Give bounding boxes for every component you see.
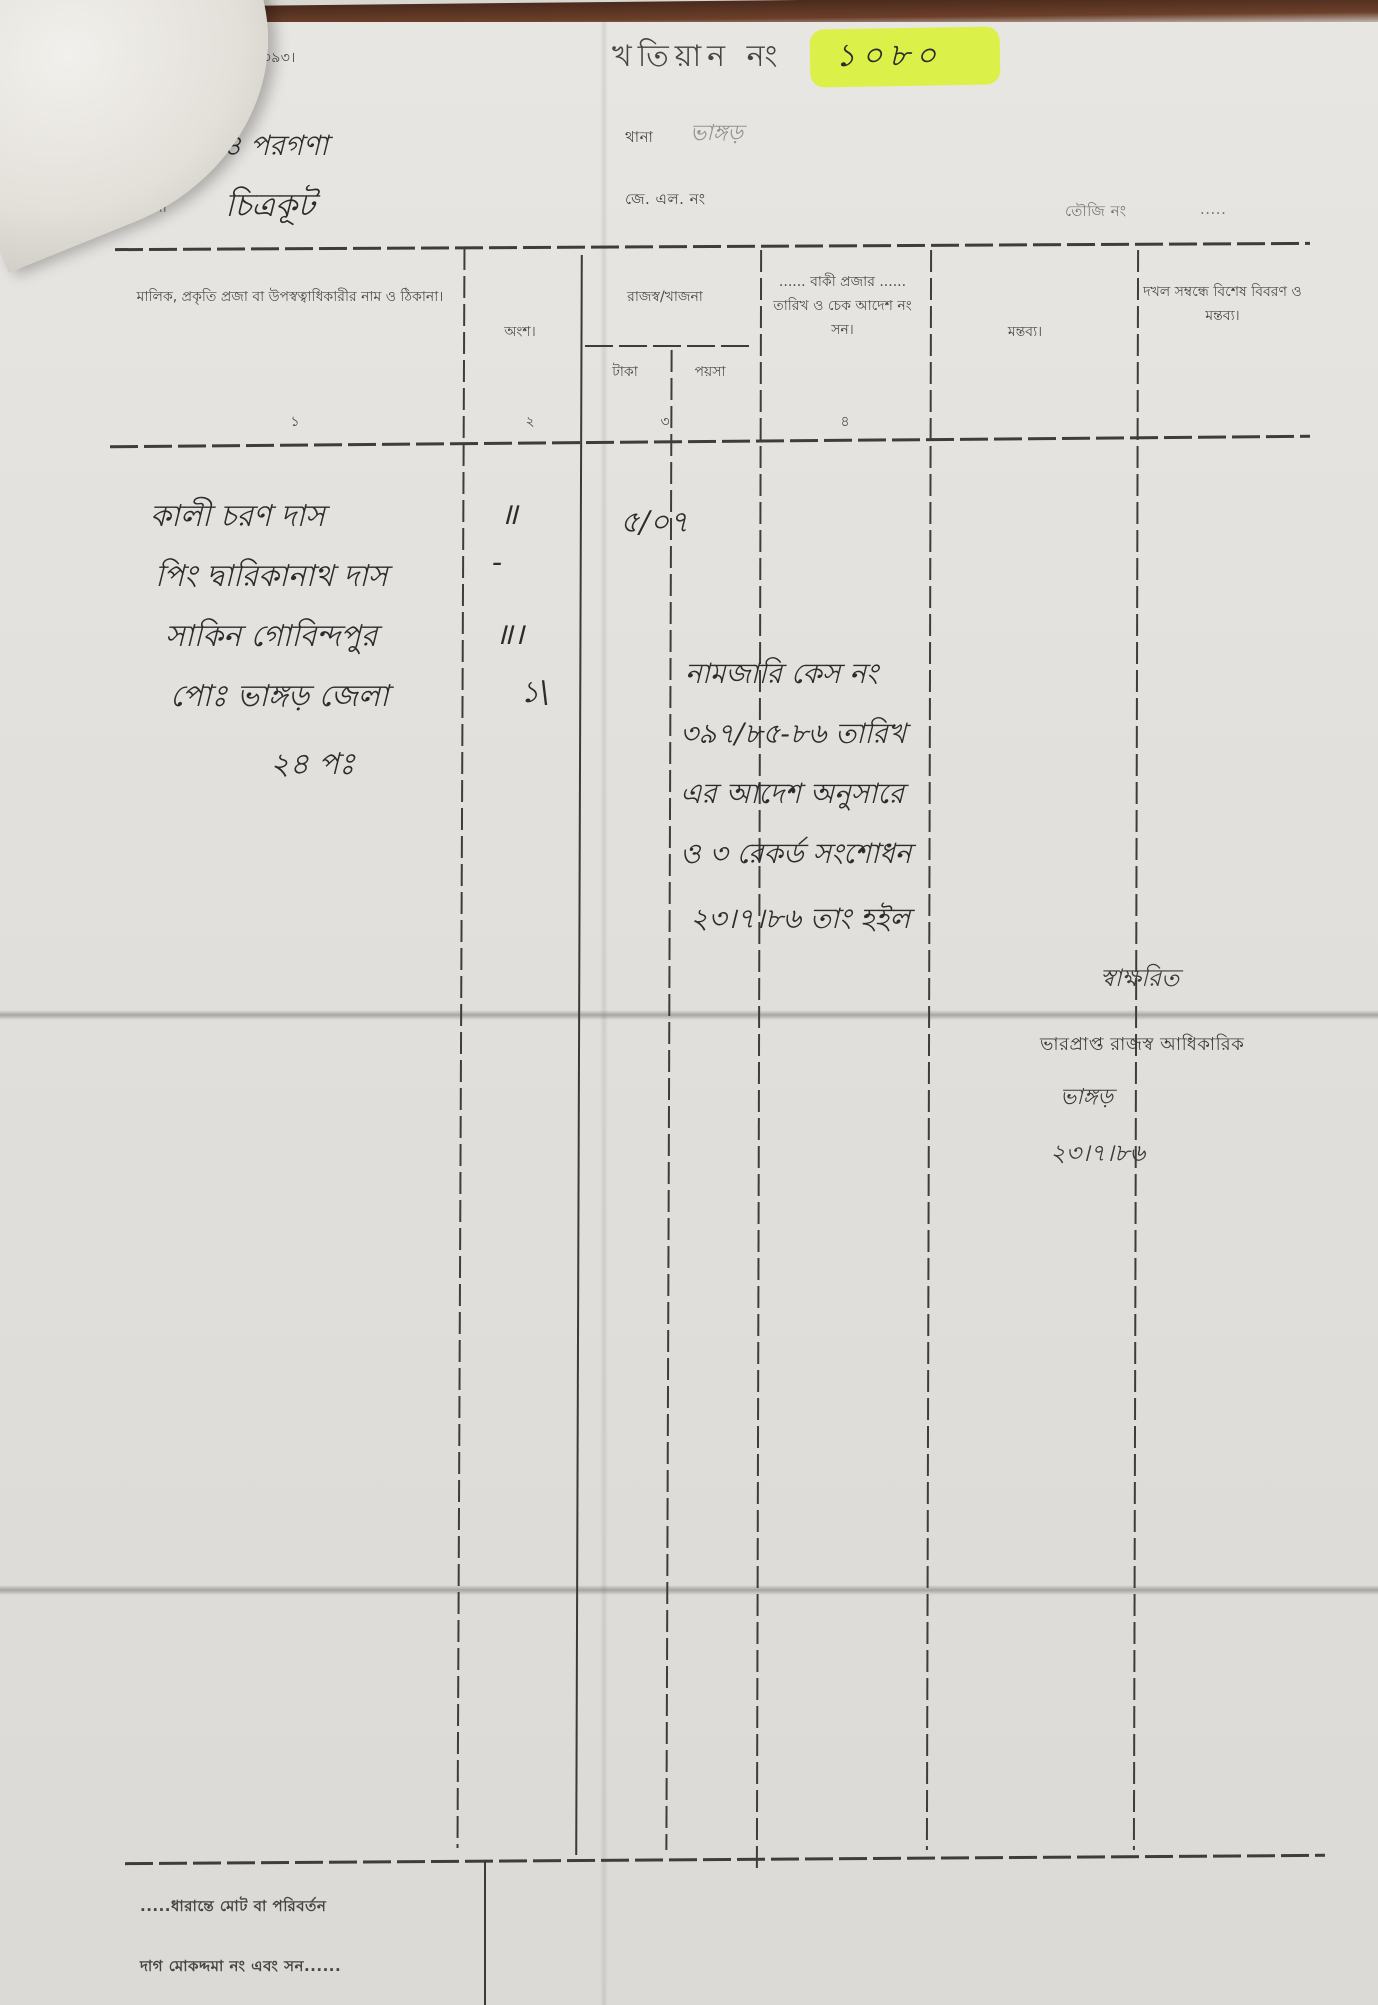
stamp-office: ভাঙ্গড়: [1060, 1080, 1113, 1117]
remarks-line: নামজারি কেস নং: [685, 650, 878, 698]
column-number: ১: [280, 410, 310, 434]
owner-cell: পোঃ ভাঙ্গড় জেলা: [170, 672, 389, 723]
khatian-number: ১০৮০: [835, 30, 942, 84]
footer-line-1: .....ধারান্তে মোট বা পরিবর্তন: [140, 1895, 326, 1920]
column-header-share: অংশ।: [465, 320, 575, 344]
footer-line-2: দাগ মোকদ্দমা নং এবং সন......: [140, 1955, 341, 1980]
owner-cell: সাকিন গোবিন্দপুর: [165, 612, 377, 663]
owner-cell: কালী চরণ দাস: [150, 492, 325, 543]
column-header-owner: মালিক, প্রকৃতি প্রজা বা উপস্বত্বাধিকারীর…: [125, 285, 455, 309]
remarks-line: ও ৩ রেকর্ড সংশোধন: [680, 830, 911, 878]
horizontal-fold: [0, 1585, 1378, 1595]
owner-cell: পিং দ্বারিকানাথ দাস: [155, 552, 388, 603]
column-header-remarks: মন্তব্য।: [935, 320, 1115, 344]
stamp-date: ২৩।৭।৮৬: [1050, 1135, 1145, 1175]
owner-cell: ২৪ পঃ: [270, 740, 355, 791]
column-number: ২: [515, 410, 545, 434]
khatian-title: খতিয়ান নং: [612, 32, 783, 83]
remarks-line: ২৩।৭।৮৬ তাং হইল: [690, 895, 910, 943]
jl-number-label: জে. এল. নং: [625, 188, 706, 213]
stamp-designation: ভারপ্রাপ্ত রাজস্ব আধিকারিক: [1040, 1030, 1244, 1061]
vertical-fold: [600, 22, 608, 2005]
mouza-value: চিত্রকূট: [225, 180, 315, 234]
share-cell: ॥।: [495, 612, 524, 653]
share-cell: -: [492, 545, 502, 580]
thana-label: থানা: [625, 126, 653, 151]
column-number: ৩: [650, 410, 680, 434]
touzi-value: .....: [1200, 200, 1226, 218]
remarks-line: এর আদেশ অনুসারে: [680, 770, 904, 818]
signature: স্বাক্ষরিত: [1100, 960, 1179, 1000]
column-number: ৪: [830, 410, 860, 434]
column-header-revenue: রাজস্ব/খাজনা: [580, 285, 750, 309]
column-header-order: ...... বাকী প্রজার ...... তারিখ ও চেক আদ…: [760, 270, 925, 342]
horizontal-fold: [0, 1010, 1378, 1020]
revenue-cell: ৫/০৭: [620, 498, 689, 549]
column-header-taka: টাকা: [585, 360, 665, 384]
column-header-paisa: পয়সা: [670, 360, 750, 384]
share-cell: ১\: [520, 668, 550, 719]
touzi-label: তৌজি নং: [1065, 200, 1127, 225]
share-cell: ॥: [500, 492, 518, 533]
footer-divider: [484, 1860, 486, 2005]
remarks-line: ৩৯৭/৮৫-৮৬ তারিখ: [680, 710, 906, 758]
revenue-subheader-divider: [585, 345, 755, 347]
thana-value: ভাঙ্গড়: [690, 116, 743, 153]
column-header-possession: দখল সম্বন্ধে বিশেষ বিবরণ ও মন্তব্য।: [1140, 280, 1305, 328]
